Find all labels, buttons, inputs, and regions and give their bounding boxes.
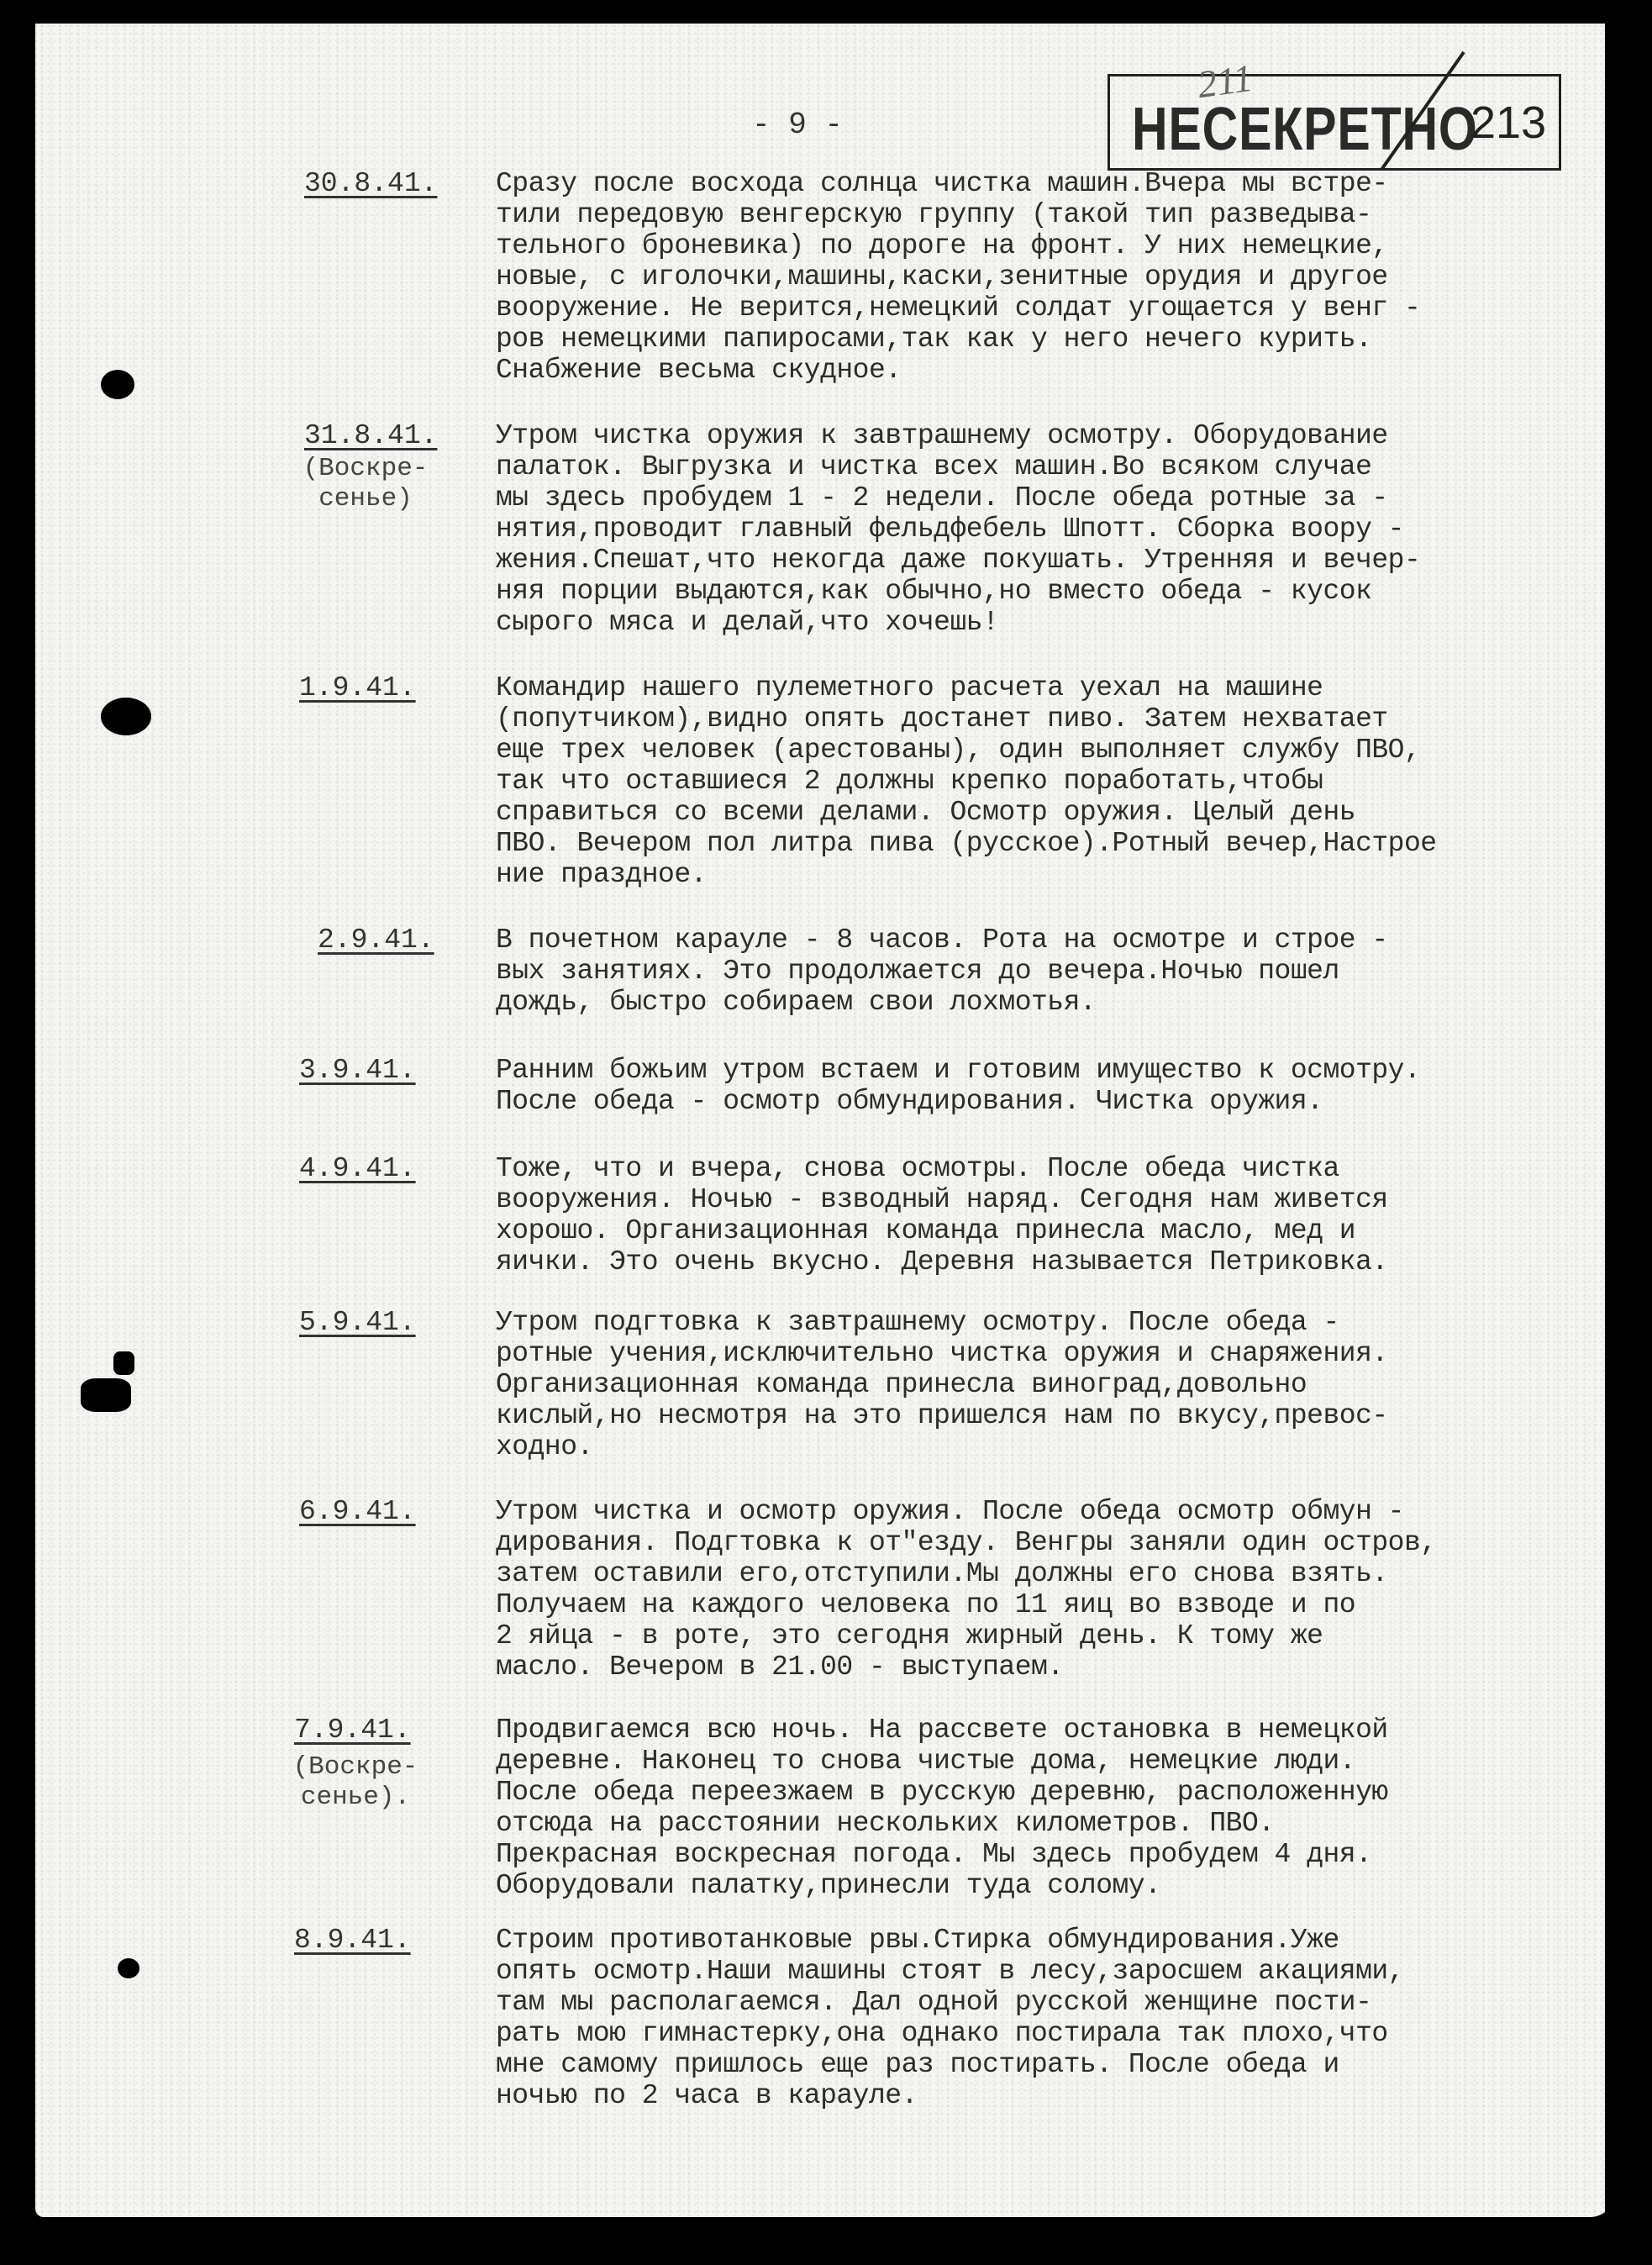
entry-line: (попутчиком),видно опять достанет пиво. …: [496, 703, 1437, 735]
entry-line: вооружение. Не верится,немецкий солдат у…: [496, 292, 1420, 324]
entry-date: 6.9.41.: [299, 1496, 416, 1527]
hole-punch-mark: [81, 1378, 131, 1412]
entry-line: дождь, быстро собираем свои лохмотья.: [496, 987, 1388, 1018]
hole-punch-mark: [101, 698, 151, 735]
hole-punch-mark: [118, 1958, 139, 1978]
entry-line: еще трех человек (арестованы), один выпо…: [496, 735, 1437, 766]
entry-line: деревне. Наконец то снова чистые дома, н…: [496, 1746, 1388, 1777]
entry-line: хорошо. Организационная команда принесла…: [496, 1215, 1388, 1246]
entry-date: 8.9.41.: [294, 1925, 411, 1956]
entry-line: жения.Спешат,что некогда даже покушать. …: [496, 545, 1420, 576]
entry-line: там мы располагаемся. Дал одной русской …: [496, 1987, 1404, 2018]
entry-line: Командир нашего пулеметного расчета уеха…: [496, 672, 1437, 703]
entry-line: Тоже, что и вчера, снова осмотры. После …: [496, 1153, 1388, 1184]
entry-line: ние праздное.: [496, 859, 1437, 890]
entry-line: ночью по 2 часа в карауле.: [496, 2080, 1404, 2111]
entry-line: После обеда - осмотр обмундирования. Чис…: [496, 1086, 1420, 1117]
entry-line: Утром чистка оружия к завтрашнему осмотр…: [496, 420, 1420, 451]
entry-line: Утром чистка и осмотр оружия. После обед…: [496, 1496, 1437, 1527]
entry-line: Строим противотанковые рвы.Стирка обмунд…: [496, 1925, 1404, 1956]
entry-line: отсюда на расстоянии нескольких километр…: [496, 1808, 1388, 1839]
entry-day-note: (Воскре- сенье): [294, 454, 437, 514]
entry-line: ходно.: [496, 1431, 1388, 1462]
entry-line: вых занятиях. Это продолжается до вечера…: [496, 956, 1388, 987]
entry-line: Утром подгтовка к завтрашнему осмотру. П…: [496, 1307, 1388, 1338]
entry-day-note: (Воскре- сенье).: [284, 1752, 427, 1813]
entry-line: Организационная команда принесла виногра…: [496, 1369, 1388, 1400]
entry-line: Получаем на каждого человека по 11 яиц в…: [496, 1589, 1437, 1620]
entry-date: 7.9.41.: [294, 1715, 411, 1746]
entry-line: После обеда переезжаем в русскую деревню…: [496, 1777, 1388, 1808]
entry-line: Ранним божьим утром встаем и готовим иму…: [496, 1055, 1420, 1086]
entry-text: Продвигаемся всю ночь. На рассвете остан…: [496, 1715, 1388, 1901]
entry-line: Снабжение весьма скудное.: [496, 355, 1420, 386]
entry-line: справиться со всеми делами. Осмотр оружи…: [496, 797, 1437, 828]
entry-line: яички. Это очень вкусно. Деревня называе…: [496, 1246, 1388, 1277]
entry-date: 5.9.41.: [299, 1307, 416, 1338]
entry-date: 31.8.41.: [304, 420, 437, 451]
entry-line: масло. Вечером в 21.00 - выступаем.: [496, 1651, 1437, 1683]
entry-text: Тоже, что и вчера, снова осмотры. После …: [496, 1153, 1388, 1277]
entry-text: Утром чистка и осмотр оружия. После обед…: [496, 1496, 1437, 1683]
entry-line: дирования. Подгтовка к от"езду. Венгры з…: [496, 1527, 1437, 1558]
entry-line: ПВО. Вечером пол литра пива (русское).Ро…: [496, 828, 1437, 859]
entry-line: ров немецкими папиросами,так как у него …: [496, 324, 1420, 355]
entry-line: ротные учения,исключительно чистка оружи…: [496, 1338, 1388, 1369]
entry-line: вооружения. Ночью - взводный наряд. Сего…: [496, 1184, 1388, 1215]
entry-line: сырого мяса и делай,что хочешь!: [496, 607, 1420, 638]
entry-line: затем оставили его,отступили.Мы должны е…: [496, 1558, 1437, 1589]
entry-text: Ранним божьим утром встаем и готовим иму…: [496, 1055, 1420, 1117]
entry-text: Утром подгтовка к завтрашнему осмотру. П…: [496, 1307, 1388, 1462]
entry-line: В почетном карауле - 8 часов. Рота на ос…: [496, 924, 1388, 956]
entry-line: мне самому пришлось еще раз постирать. П…: [496, 2049, 1404, 2080]
entry-text: Командир нашего пулеметного расчета уеха…: [496, 672, 1437, 890]
entry-text: Строим противотанковые рвы.Стирка обмунд…: [496, 1925, 1404, 2111]
entry-text: Сразу после восхода солнца чистка машин.…: [496, 168, 1420, 386]
entry-line: Сразу после восхода солнца чистка машин.…: [496, 168, 1420, 199]
entry-line: рать мою гимнастерку,она однако постирал…: [496, 2018, 1404, 2049]
hole-punch-mark: [101, 370, 134, 399]
entry-line: нятия,проводит главный фельдфебель Шпотт…: [496, 514, 1420, 545]
entry-text: Утром чистка оружия к завтрашнему осмотр…: [496, 420, 1420, 638]
archive-sheet-number: 213: [1470, 97, 1546, 149]
entry-line: опять осмотр.Наши машины стоят в лесу,за…: [496, 1956, 1404, 1987]
entry-date: 1.9.41.: [299, 672, 416, 703]
entry-line: няя порции выдаются,как обычно,но вместо…: [496, 576, 1420, 607]
entry-date: 3.9.41.: [299, 1055, 416, 1086]
entry-line: Продвигаемся всю ночь. На рассвете остан…: [496, 1715, 1388, 1746]
page-number: - 9 -: [752, 108, 843, 142]
entry-line: тельного броневика) по дороге на фронт. …: [496, 230, 1420, 261]
entry-date: 4.9.41.: [299, 1153, 416, 1184]
entry-line: мы здесь пробудем 1 - 2 недели. После об…: [496, 482, 1420, 514]
entry-line: кислый,но несмотря на это пришелся нам п…: [496, 1400, 1388, 1431]
entry-line: тили передовую венгерскую группу (такой …: [496, 199, 1420, 230]
entry-line: Оборудовали палатку,принесли туда солому…: [496, 1870, 1388, 1901]
entry-line: Прекрасная воскресная погода. Мы здесь п…: [496, 1839, 1388, 1870]
entry-line: новые, с иголочки,машины,каски,зенитные …: [496, 261, 1420, 292]
entry-date: 30.8.41.: [304, 168, 437, 199]
entry-line: палаток. Выгрузка и чистка всех машин.Во…: [496, 451, 1420, 482]
handwritten-annotation: 211: [1195, 55, 1255, 108]
entry-line: так что оставшиеся 2 должны крепко пораб…: [496, 766, 1437, 797]
entry-line: 2 яйца - в роте, это сегодня жирный день…: [496, 1620, 1437, 1651]
entry-text: В почетном карауле - 8 часов. Рота на ос…: [496, 924, 1388, 1018]
entry-date: 2.9.41.: [318, 924, 434, 956]
hole-punch-mark: [113, 1351, 134, 1375]
scan-border: [1605, 0, 1652, 2265]
